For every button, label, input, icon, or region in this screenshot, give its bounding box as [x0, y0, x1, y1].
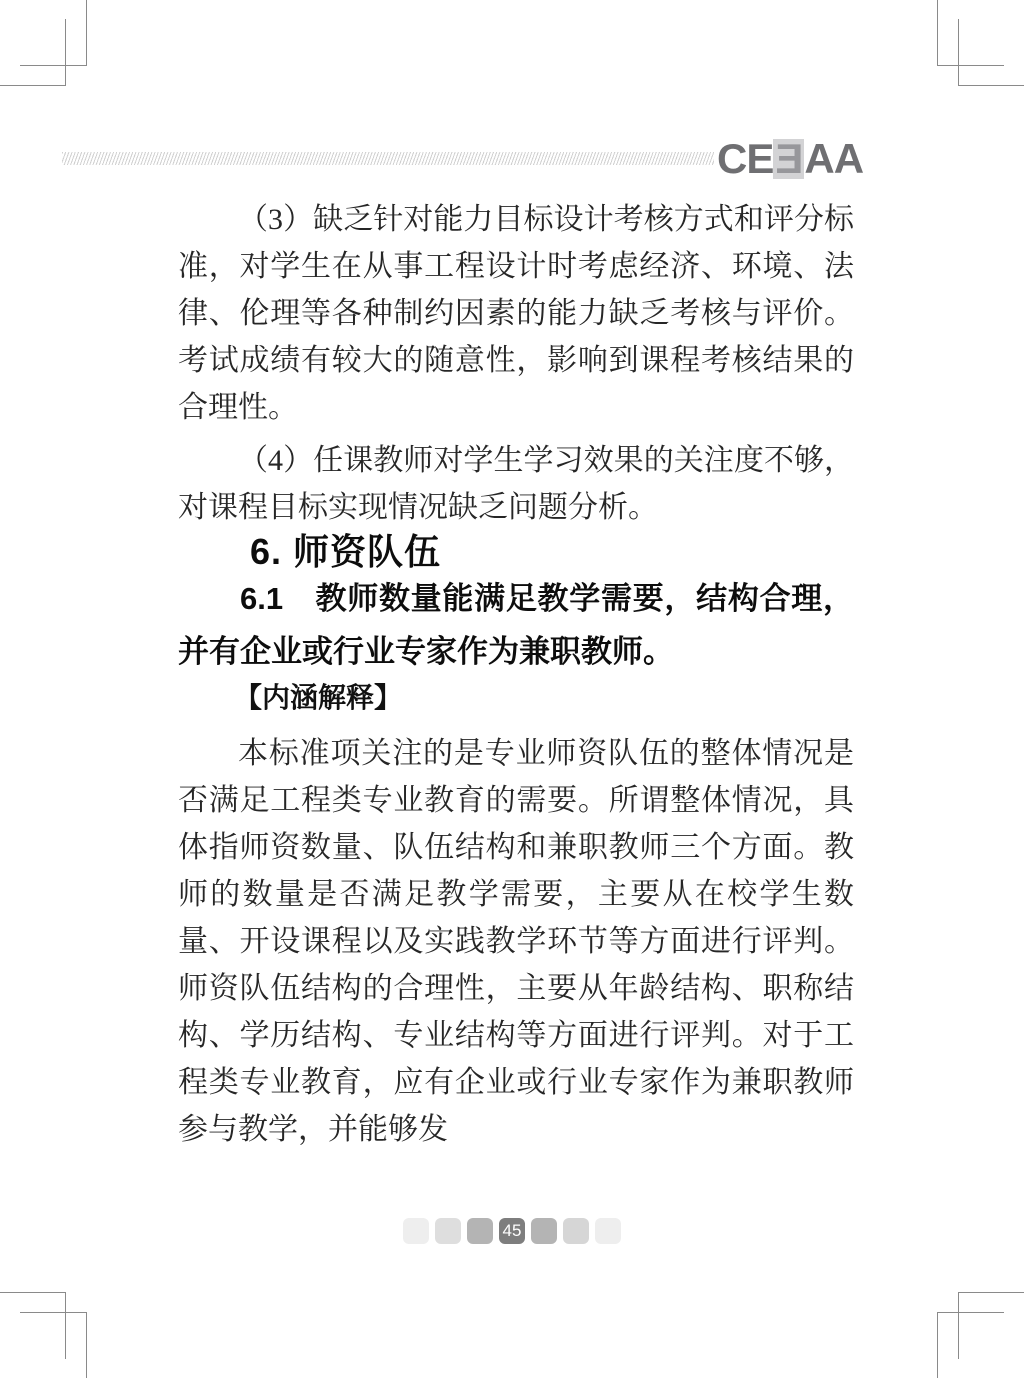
pager-square: [435, 1218, 461, 1244]
footer-pager: 45: [0, 1218, 1024, 1244]
logo-ce: CE: [717, 135, 773, 182]
ceeaa-logo: CEƎAA: [717, 139, 863, 179]
page-body: （3）缺乏针对能力目标设计考核方式和评分标准，对学生在从事工程设计时考虑经济、环…: [178, 196, 854, 1153]
section-heading: 6. 师资队伍: [178, 531, 854, 572]
definition-label: 【内涵解释】: [178, 678, 854, 718]
subsection-heading: 6.1 教师数量能满足教学需要，结构合理，并有企业或行业专家作为兼职教师。: [178, 572, 854, 678]
pager-square: [595, 1218, 621, 1244]
document-page: CEƎAA （3）缺乏针对能力目标设计考核方式和评分标准，对学生在从事工程设计时…: [0, 0, 1024, 1378]
logo-aa: AA: [804, 135, 863, 182]
logo-reversed-e-block: Ǝ: [773, 139, 804, 179]
crop-mark-bottom-right-inner: [958, 1292, 1024, 1359]
pager-square: [467, 1218, 493, 1244]
definition-paragraph: 本标准项关注的是专业师资队伍的整体情况是否满足工程类专业教育的需要。所谓整体情况…: [178, 730, 854, 1153]
pager-square: [563, 1218, 589, 1244]
crop-mark-top-right-inner: [958, 19, 1024, 86]
paragraph-item-3: （3）缺乏针对能力目标设计考核方式和评分标准，对学生在从事工程设计时考虑经济、环…: [178, 196, 854, 431]
crop-mark-bottom-left-inner: [0, 1292, 66, 1359]
header-hatch-rule: [62, 152, 714, 165]
page-number-badge: 45: [499, 1218, 525, 1244]
pager-square: [531, 1218, 557, 1244]
paragraph-item-4: （4）任课教师对学生学习效果的关注度不够，对课程目标实现情况缺乏问题分析。: [178, 437, 854, 531]
pager-square: [403, 1218, 429, 1244]
crop-mark-top-left-inner: [0, 19, 66, 86]
